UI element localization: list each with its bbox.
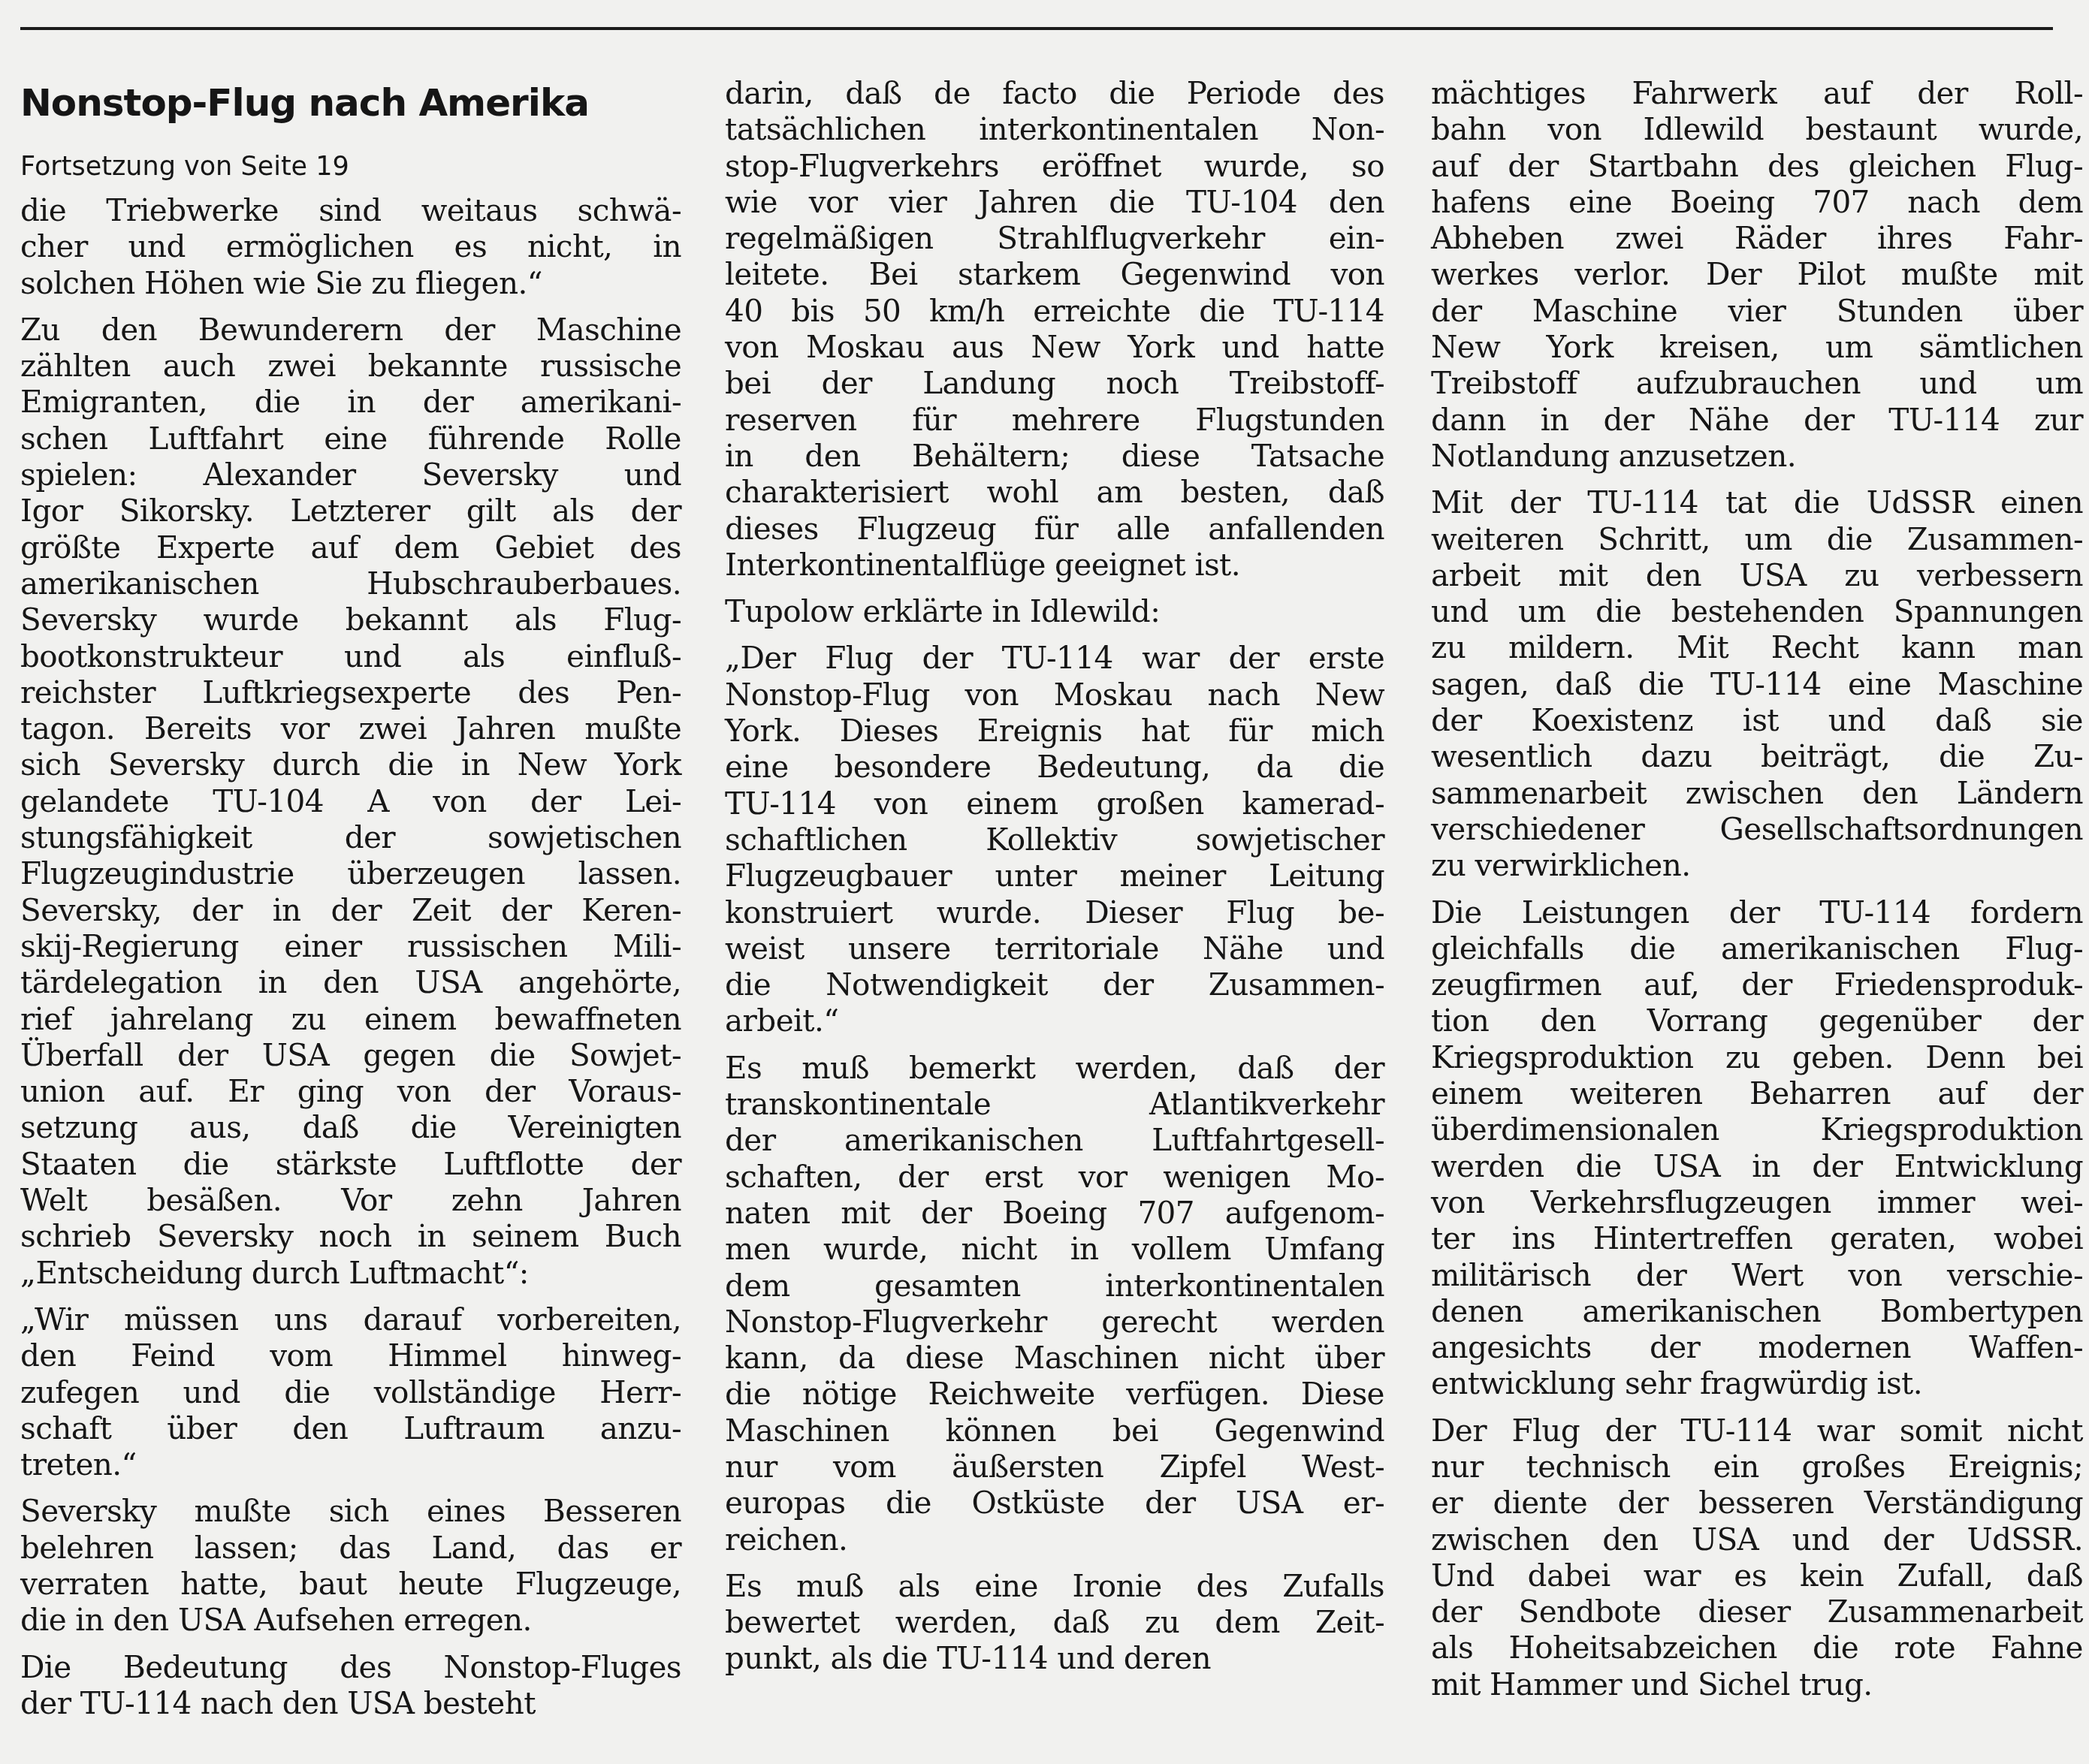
paragraph: Mit der TU-114 tat die UdSSR einenweiter…	[1431, 484, 2083, 883]
text-line: Zu den Bewunderern der Maschine	[20, 312, 681, 348]
text-line: der Koexistenz ist und daß sie	[1431, 702, 2083, 738]
column-1: die Triebwerke sind weitaus schwä-cher u…	[20, 192, 681, 1732]
text-line: von Verkehrsflugzeugen immer wei-	[1431, 1184, 2083, 1220]
text-line: nur technisch ein großes Ereignis;	[1431, 1449, 2083, 1485]
text-line: überdimensionalen Kriegsproduktion	[1431, 1111, 2083, 1147]
text-line: Notlandung anzusetzen.	[1431, 438, 2083, 474]
text-line: Emigranten, die in der amerikani-	[20, 384, 681, 420]
text-line: weiteren Schritt, um die Zusammen-	[1431, 521, 2083, 557]
text-line: Nonstop-Flug von Moskau nach New	[725, 677, 1384, 713]
text-line: Flugzeugbauer unter meiner Leitung	[725, 858, 1384, 894]
text-line: bahn von Idlewild bestaunt wurde,	[1431, 111, 2083, 147]
text-line: TU-114 von einem großen kamerad-	[725, 786, 1384, 822]
text-line: reichen.	[725, 1521, 1384, 1557]
text-line: und um die bestehenden Spannungen	[1431, 593, 2083, 629]
text-line: zwischen den USA und der UdSSR.	[1431, 1521, 2083, 1557]
text-line: gelandete TU-104 A von der Lei-	[20, 783, 681, 819]
text-line: verraten hatte, baut heute Flugzeuge,	[20, 1566, 681, 1602]
text-line: charakterisiert wohl am besten, daß	[725, 474, 1384, 510]
text-line: dem gesamten interkontinentalen	[725, 1268, 1384, 1304]
text-line: Der Flug der TU-114 war somit nicht	[1431, 1413, 2083, 1449]
paragraph: Es muß als eine Ironie des Zufallsbewert…	[725, 1568, 1384, 1677]
text-line: schrieb Seversky noch in seinem Buch	[20, 1218, 681, 1254]
text-line: bewertet werden, daß zu dem Zeit-	[725, 1604, 1384, 1640]
text-line: men wurde, nicht in vollem Umfang	[725, 1231, 1384, 1267]
text-line: gleichfalls die amerikanischen Flug-	[1431, 930, 2083, 966]
text-line: Seversky wurde bekannt als Flug-	[20, 602, 681, 638]
text-line: denen amerikanischen Bombertypen	[1431, 1293, 2083, 1329]
text-line: Treibstoff aufzubrauchen und um	[1431, 365, 2083, 401]
paragraph: Seversky mußte sich eines Besserenbelehr…	[20, 1493, 681, 1638]
text-line: Überfall der USA gegen die Sowjet-	[20, 1037, 681, 1073]
text-line: Maschinen können bei Gegenwind	[725, 1413, 1384, 1449]
text-line: ter ins Hintertreffen geraten, wobei	[1431, 1220, 2083, 1256]
text-line: union auf. Er ging von der Voraus-	[20, 1073, 681, 1109]
text-line: hafens eine Boeing 707 nach dem	[1431, 184, 2083, 220]
text-line: Seversky mußte sich eines Besseren	[20, 1493, 681, 1529]
text-line: Es muß bemerkt werden, daß der	[725, 1050, 1384, 1086]
text-line: der Maschine vier Stunden über	[1431, 293, 2083, 329]
text-line: größte Experte auf dem Gebiet des	[20, 529, 681, 565]
paragraph: „Der Flug der TU-114 war der ersteNonsto…	[725, 640, 1384, 1039]
text-line: angesichts der modernen Waffen-	[1431, 1329, 2083, 1365]
text-line: leitete. Bei starkem Gegenwind von	[725, 256, 1384, 292]
text-line: zu verwirklichen.	[1431, 847, 2083, 883]
text-line: schaftlichen Kollektiv sowjetischer	[725, 822, 1384, 858]
text-line: kann, da diese Maschinen nicht über	[725, 1340, 1384, 1376]
text-line: in den Behältern; diese Tatsache	[725, 438, 1384, 474]
text-line: nur vom äußersten Zipfel West-	[725, 1449, 1384, 1485]
text-line: zu mildern. Mit Recht kann man	[1431, 629, 2083, 665]
column-2: darin, daß de facto die Periode destatsä…	[725, 75, 1384, 1687]
text-line: den Feind vom Himmel hinweg-	[20, 1337, 681, 1374]
text-line: rief jahrelang zu einem bewaffneten	[20, 1001, 681, 1037]
text-line: tagon. Bereits vor zwei Jahren mußte	[20, 710, 681, 746]
paragraph: Der Flug der TU-114 war somit nichtnur t…	[1431, 1413, 2083, 1702]
text-line: tärdelegation in den USA angehörte,	[20, 964, 681, 1000]
text-line: „Wir müssen uns darauf vorbereiten,	[20, 1301, 681, 1337]
text-line: zufegen und die vollständige Herr-	[20, 1374, 681, 1410]
text-line: wie vor vier Jahren die TU-104 den	[725, 184, 1384, 220]
text-line: dann in der Nähe der TU-114 zur	[1431, 402, 2083, 438]
text-line: schaft über den Luftraum anzu-	[20, 1410, 681, 1446]
text-line: Es muß als eine Ironie des Zufalls	[725, 1568, 1384, 1604]
paragraph: mächtiges Fahrwerk auf der Roll-bahn von…	[1431, 75, 2083, 474]
text-line: der TU-114 nach den USA besteht	[20, 1685, 681, 1721]
text-line: „Entscheidung durch Luftmacht“:	[20, 1255, 681, 1291]
text-line: tatsächlichen interkontinentalen Non-	[725, 111, 1384, 147]
text-line: Kriegsproduktion zu geben. Denn bei	[1431, 1039, 2083, 1075]
text-line: bootkonstrukteur und als einfluß-	[20, 638, 681, 674]
text-line: einem weiteren Beharren auf der	[1431, 1075, 2083, 1111]
text-line: bei der Landung noch Treibstoff-	[725, 365, 1384, 401]
text-line: treten.“	[20, 1446, 681, 1482]
text-line: mit Hammer und Sichel trug.	[1431, 1666, 2083, 1702]
text-line: eine besondere Bedeutung, da die	[725, 749, 1384, 785]
text-line: Die Bedeutung des Nonstop-Fluges	[20, 1649, 681, 1685]
text-line: wesentlich dazu beiträgt, die Zu-	[1431, 738, 2083, 774]
text-line: New York kreisen, um sämtlichen	[1431, 329, 2083, 365]
text-line: weist unsere territoriale Nähe und	[725, 930, 1384, 966]
text-line: dieses Flugzeug für alle anfallenden	[725, 511, 1384, 547]
paragraph: darin, daß de facto die Periode destatsä…	[725, 75, 1384, 583]
text-line: naten mit der Boeing 707 aufgenom-	[725, 1195, 1384, 1231]
paragraph: Die Bedeutung des Nonstop-Flugesder TU-1…	[20, 1649, 681, 1722]
text-line: sammenarbeit zwischen den Ländern	[1431, 775, 2083, 811]
article-headline: Nonstop-Flug nach Amerika	[20, 84, 589, 122]
paragraph: Tupolow erklärte in Idlewild:	[725, 593, 1384, 629]
text-line: auf der Startbahn des gleichen Flug-	[1431, 148, 2083, 184]
text-line: von Moskau aus New York und hatte	[725, 329, 1384, 365]
text-line: als Hoheitsabzeichen die rote Fahne	[1431, 1630, 2083, 1666]
text-line: solchen Höhen wie Sie zu fliegen.“	[20, 265, 681, 301]
text-line: punkt, als die TU-114 und deren	[725, 1640, 1384, 1676]
text-line: 40 bis 50 km/h erreichte die TU-114	[725, 293, 1384, 329]
text-line: regelmäßigen Strahlflugverkehr ein-	[725, 220, 1384, 256]
paragraph: Die Leistungen der TU-114 forderngleichf…	[1431, 894, 2083, 1402]
text-line: Mit der TU-114 tat die UdSSR einen	[1431, 484, 2083, 520]
continuation-note: Fortsetzung von Seite 19	[20, 154, 349, 180]
text-line: der Sendbote dieser Zusammenarbeit	[1431, 1594, 2083, 1630]
text-line: schaften, der erst vor wenigen Mo-	[725, 1159, 1384, 1195]
text-line: „Der Flug der TU-114 war der erste	[725, 640, 1384, 676]
text-line: konstruiert wurde. Dieser Flug be-	[725, 894, 1384, 930]
text-line: Abheben zwei Räder ihres Fahr-	[1431, 220, 2083, 256]
text-line: der amerikanischen Luftfahrtgesell-	[725, 1122, 1384, 1158]
text-line: Interkontinentalflüge geeignet ist.	[725, 547, 1384, 583]
text-line: reichster Luftkriegsexperte des Pen-	[20, 674, 681, 710]
paragraph: die Triebwerke sind weitaus schwä-cher u…	[20, 192, 681, 301]
top-rule	[20, 27, 2053, 30]
text-line: Staaten die stärkste Luftflotte der	[20, 1146, 681, 1182]
text-line: Flugzeugindustrie überzeugen lassen.	[20, 855, 681, 891]
text-line: militärisch der Wert von verschie-	[1431, 1257, 2083, 1293]
text-line: Und dabei war es kein Zufall, daß	[1431, 1557, 2083, 1594]
text-line: sagen, daß die TU-114 eine Maschine	[1431, 666, 2083, 702]
paragraph: Zu den Bewunderern der Maschinezählten a…	[20, 312, 681, 1291]
text-line: Seversky, der in der Zeit der Keren-	[20, 892, 681, 928]
text-line: arbeit.“	[725, 1003, 1384, 1039]
text-line: cher und ermöglichen es nicht, in	[20, 228, 681, 264]
text-line: spielen: Alexander Seversky und	[20, 457, 681, 493]
column-3: mächtiges Fahrwerk auf der Roll-bahn von…	[1431, 75, 2083, 1713]
text-line: die Triebwerke sind weitaus schwä-	[20, 192, 681, 228]
text-line: belehren lassen; das Land, das er	[20, 1530, 681, 1566]
text-line: Igor Sikorsky. Letzterer gilt als der	[20, 493, 681, 529]
text-line: transkontinentale Atlantikverkehr	[725, 1086, 1384, 1122]
text-line: Tupolow erklärte in Idlewild:	[725, 593, 1384, 629]
text-line: mächtiges Fahrwerk auf der Roll-	[1431, 75, 2083, 111]
text-line: amerikanischen Hubschrauberbaues.	[20, 565, 681, 602]
text-line: werkes verlor. Der Pilot mußte mit	[1431, 256, 2083, 292]
text-line: die nötige Reichweite verfügen. Diese	[725, 1376, 1384, 1412]
text-line: Die Leistungen der TU-114 fordern	[1431, 894, 2083, 930]
text-line: die Notwendigkeit der Zusammen-	[725, 966, 1384, 1003]
text-line: reserven für mehrere Flugstunden	[725, 402, 1384, 438]
text-line: schen Luftfahrt eine führende Rolle	[20, 421, 681, 457]
text-line: stop-Flugverkehrs eröffnet wurde, so	[725, 148, 1384, 184]
text-line: sich Seversky durch die in New York	[20, 746, 681, 782]
paragraph: „Wir müssen uns darauf vorbereiten,den F…	[20, 1301, 681, 1482]
text-line: skij-Regierung einer russischen Mili-	[20, 928, 681, 964]
text-line: arbeit mit den USA zu verbessern	[1431, 557, 2083, 593]
text-line: darin, daß de facto die Periode des	[725, 75, 1384, 111]
paragraph: Es muß bemerkt werden, daß dertranskonti…	[725, 1050, 1384, 1557]
text-line: er diente der besseren Verständigung	[1431, 1485, 2083, 1521]
text-line: zeugfirmen auf, der Friedensproduk-	[1431, 966, 2083, 1003]
text-line: werden die USA in der Entwicklung	[1431, 1148, 2083, 1184]
text-line: setzung aus, daß die Vereinigten	[20, 1109, 681, 1145]
text-line: Nonstop-Flugverkehr gerecht werden	[725, 1304, 1384, 1340]
text-line: die in den USA Aufsehen erregen.	[20, 1602, 681, 1638]
text-line: entwicklung sehr fragwürdig ist.	[1431, 1365, 2083, 1401]
text-line: zählten auch zwei bekannte russische	[20, 348, 681, 384]
text-line: stungsfähigkeit der sowjetischen	[20, 819, 681, 855]
text-line: York. Dieses Ereignis hat für mich	[725, 713, 1384, 749]
text-line: Welt besäßen. Vor zehn Jahren	[20, 1182, 681, 1218]
text-line: europas die Ostküste der USA er-	[725, 1485, 1384, 1521]
text-line: verschiedener Gesellschaftsordnungen	[1431, 811, 2083, 847]
text-line: tion den Vorrang gegenüber der	[1431, 1003, 2083, 1039]
